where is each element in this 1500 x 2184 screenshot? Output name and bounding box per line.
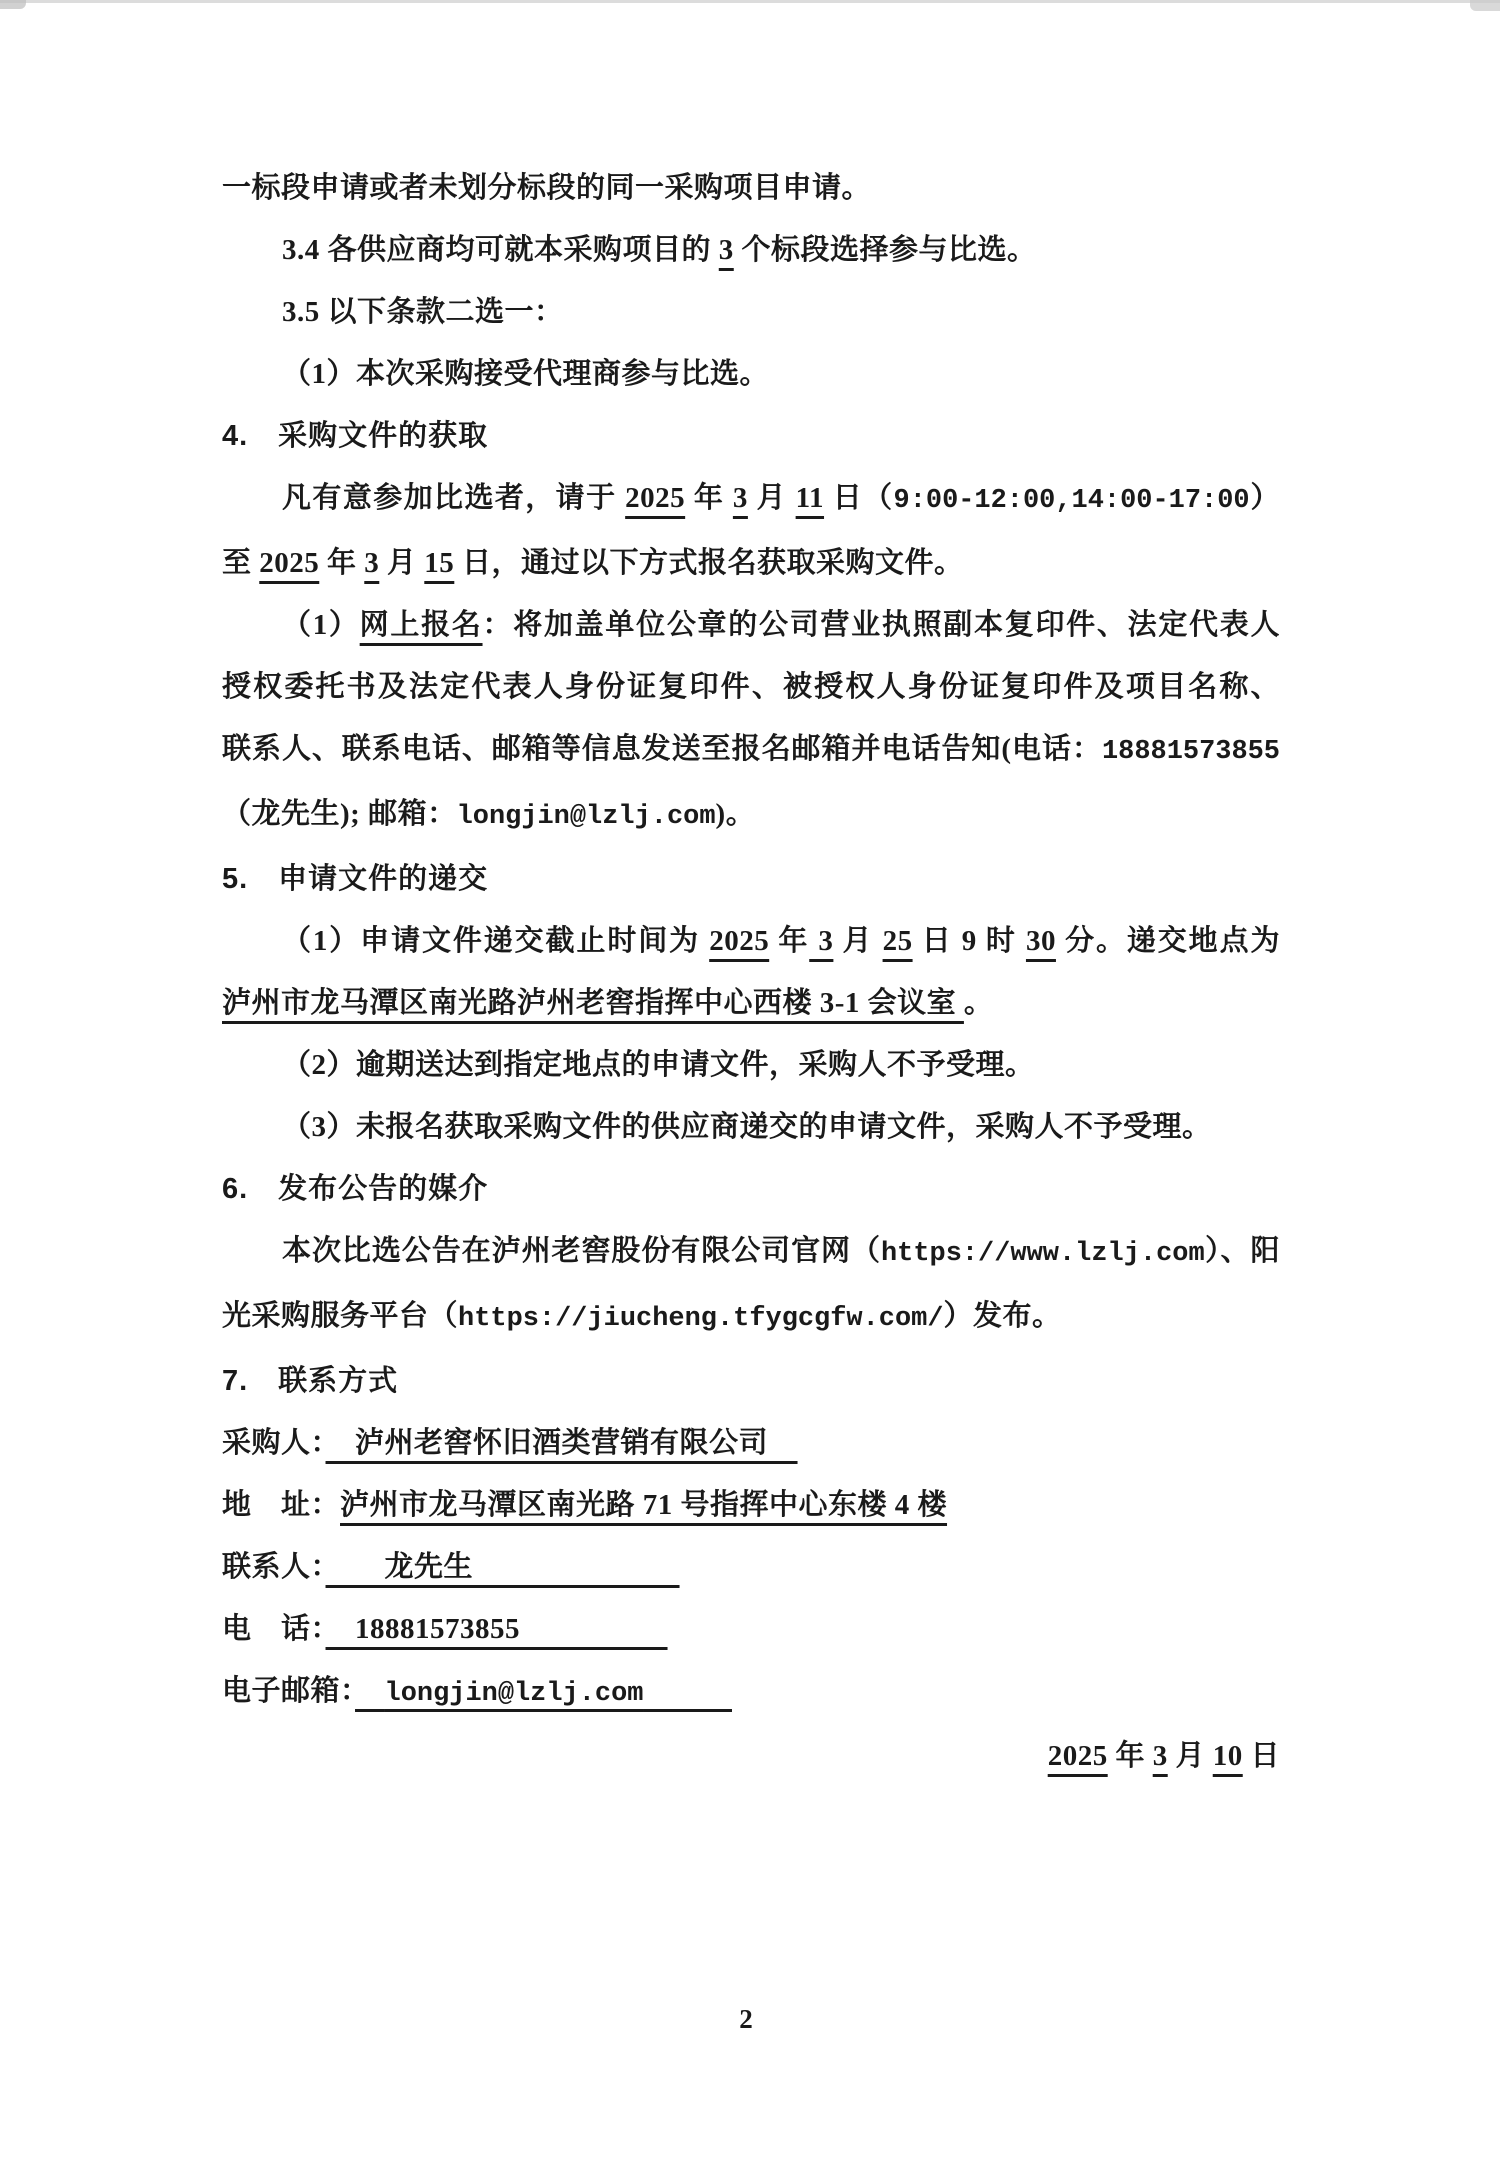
text-segment: 日，通过以下方式报名获取采购文件。 bbox=[454, 547, 963, 579]
clause-3-4: 3.4 各供应商均可就本采购项目的 3 个标段选择参与比选。 bbox=[222, 219, 1280, 281]
section-5-item-2: （2）逾期送达到指定地点的申请文件，采购人不予受理。 bbox=[222, 1034, 1280, 1096]
text-segment-underlined bbox=[643, 1675, 732, 1707]
text-segment: 电子邮箱： bbox=[222, 1675, 355, 1707]
section-4-para-line-1: 凡有意参加比选者，请于 2025 年 3 月 11 日（9:00-12:00,1… bbox=[222, 467, 1280, 532]
text-segment: ）发布。 bbox=[944, 1300, 1062, 1332]
contact-purchaser: 采购人： 泸州老窖怀旧酒类营销有限公司 bbox=[222, 1412, 1280, 1474]
text-segment: 采购人： bbox=[222, 1427, 326, 1459]
text-segment-underlined: 泸州老窖怀旧酒类营销有限公司 bbox=[326, 1427, 798, 1459]
text-segment-underlined: 2025 bbox=[259, 547, 319, 579]
text-segment-underlined: 3 bbox=[364, 547, 379, 579]
text-segment: 7. 联系方式 bbox=[222, 1365, 398, 1397]
contact-email: 电子邮箱： longjin@lzlj.com bbox=[222, 1660, 1280, 1725]
date-line: 2025 年 3 月 10 日 bbox=[222, 1725, 1280, 1787]
text-segment: （龙先生); 邮箱： bbox=[222, 798, 457, 830]
section-4-para-line-2: 至 2025 年 3 月 15 日，通过以下方式报名获取采购文件。 bbox=[222, 532, 1280, 594]
heading-section-5: 5. 申请文件的递交 bbox=[222, 848, 1280, 910]
contact-phone: 电 话： 18881573855 bbox=[222, 1598, 1280, 1660]
text-segment-underlined: 龙先生 bbox=[326, 1551, 680, 1583]
text-segment: 5. 申请文件的递交 bbox=[222, 863, 488, 895]
text-segment-underlined: 25 bbox=[883, 925, 913, 957]
section-6-para-line-1: 本次比选公告在泸州老窖股份有限公司官网（https://www.lzlj.com… bbox=[222, 1220, 1280, 1285]
clause-3-5: 3.5 以下条款二选一： bbox=[222, 281, 1280, 343]
heading-section-4: 4. 采购文件的获取 bbox=[222, 405, 1280, 467]
text-segment: ） bbox=[1250, 482, 1280, 514]
online-registration-line-2: 授权委托书及法定代表人身份证复印件、被授权人身份证复印件及项目名称、 bbox=[222, 656, 1280, 718]
text-segment: 。 bbox=[964, 987, 994, 1019]
text-segment: 月 bbox=[1168, 1740, 1213, 1772]
text-segment: 地 址： bbox=[222, 1489, 340, 1521]
text-segment-underlined: 10 bbox=[1213, 1740, 1243, 1772]
text-segment: 3.5 以下条款二选一： bbox=[282, 296, 564, 328]
para-lot-application-continuation: 一标段申请或者未划分标段的同一采购项目申请。 bbox=[222, 157, 1280, 219]
heading-section-7: 7. 联系方式 bbox=[222, 1350, 1280, 1412]
text-segment-underlined: 泸州市龙马潭区南光路 71 号指挥中心东楼 4 楼 bbox=[340, 1489, 947, 1521]
scan-corner-artifact-left bbox=[0, 0, 26, 9]
section-5-item-3: （3）未报名获取采购文件的供应商递交的申请文件，采购人不予受理。 bbox=[222, 1096, 1280, 1158]
text-segment-underlined: 11 bbox=[796, 482, 824, 514]
text-segment: 日 9 时 bbox=[913, 925, 1026, 957]
contact-address: 地 址：泸州市龙马潭区南光路 71 号指挥中心东楼 4 楼 bbox=[222, 1474, 1280, 1536]
text-segment-underlined: 30 bbox=[1026, 925, 1056, 957]
online-registration-line-1: （1）网上报名：将加盖单位公章的公司营业执照副本复印件、法定代表人 bbox=[222, 594, 1280, 656]
text-segment: （3）未报名获取采购文件的供应商递交的申请文件，采购人不予受理。 bbox=[282, 1111, 1212, 1143]
text-segment-underlined: 15 bbox=[424, 547, 454, 579]
text-segment-latin: https://jiucheng.tfygcgfw.com/ bbox=[458, 1304, 944, 1334]
scan-edge-artifact bbox=[0, 0, 1500, 3]
text-segment-underlined: 泸州市龙马潭区南光路泸州老窖指挥中心西楼 3-1 会议室 bbox=[222, 987, 964, 1019]
text-segment: 年 bbox=[319, 547, 364, 579]
text-segment: （1）申请文件递交截止时间为 bbox=[282, 925, 709, 957]
text-segment-underlined: 2025 bbox=[709, 925, 769, 957]
text-segment-latin: https://www.lzlj.com bbox=[881, 1239, 1205, 1269]
text-segment: 3.4 各供应商均可就本采购项目的 bbox=[282, 234, 719, 266]
heading-section-6: 6. 发布公告的媒介 bbox=[222, 1158, 1280, 1220]
contact-person: 联系人： 龙先生 bbox=[222, 1536, 1280, 1598]
text-segment: 凡有意参加比选者，请于 bbox=[282, 482, 625, 514]
text-segment: 日（ bbox=[824, 482, 893, 514]
text-segment: 本次比选公告在泸州老窖股份有限公司官网（ bbox=[282, 1235, 881, 1267]
text-segment: （1） bbox=[282, 609, 360, 641]
online-registration-line-3: 联系人、联系电话、邮箱等信息发送至报名邮箱并电话告知(电话：1888157385… bbox=[222, 718, 1280, 783]
text-segment-underlined: 2025 bbox=[625, 482, 685, 514]
text-segment: 联系人： bbox=[222, 1551, 326, 1583]
clause-3-5-item-1: （1）本次采购接受代理商参与比选。 bbox=[222, 343, 1280, 405]
text-segment: 分。递交地点为 bbox=[1056, 925, 1280, 957]
section-5-item-1-line-2: 泸州市龙马潭区南光路泸州老窖指挥中心西楼 3-1 会议室 。 bbox=[222, 972, 1280, 1034]
text-segment: 日 bbox=[1243, 1740, 1280, 1772]
text-segment-underlined: 3 bbox=[1153, 1740, 1168, 1772]
text-segment: 电 话： bbox=[222, 1613, 326, 1645]
online-registration-line-4: （龙先生); 邮箱：longjin@lzlj.com)。 bbox=[222, 783, 1280, 848]
text-segment-latin: 18881573855 bbox=[1102, 737, 1280, 767]
text-segment-latin: 9:00-12:00,14:00-17:00 bbox=[894, 486, 1250, 516]
text-segment: 年 bbox=[685, 482, 733, 514]
text-segment: 月 bbox=[379, 547, 424, 579]
text-segment: 6. 发布公告的媒介 bbox=[222, 1173, 488, 1205]
text-segment-latin: longjin@lzlj.com bbox=[385, 1679, 644, 1709]
text-segment: 一标段申请或者未划分标段的同一采购项目申请。 bbox=[222, 172, 871, 204]
text-segment: 光采购服务平台（ bbox=[222, 1300, 458, 1332]
text-segment: 月 bbox=[748, 482, 796, 514]
text-segment-underlined: 2025 bbox=[1048, 1740, 1108, 1772]
text-segment: （1）本次采购接受代理商参与比选。 bbox=[282, 358, 769, 390]
text-segment: 4. 采购文件的获取 bbox=[222, 420, 488, 452]
text-segment: 月 bbox=[833, 925, 882, 957]
text-segment-underlined: 3 bbox=[719, 234, 734, 266]
text-segment-underlined: 3 bbox=[809, 925, 833, 957]
text-segment: （2）逾期送达到指定地点的申请文件，采购人不予受理。 bbox=[282, 1049, 1035, 1081]
document-content: 一标段申请或者未划分标段的同一采购项目申请。3.4 各供应商均可就本采购项目的 … bbox=[222, 157, 1280, 1787]
text-segment-underlined: 18881573855 bbox=[326, 1613, 668, 1645]
text-segment: 联系人、联系电话、邮箱等信息发送至报名邮箱并电话告知(电话： bbox=[222, 733, 1102, 765]
text-segment-underlined bbox=[355, 1675, 385, 1707]
text-segment: 个标段选择参与比选。 bbox=[734, 234, 1037, 266]
document-page: 一标段申请或者未划分标段的同一采购项目申请。3.4 各供应商均可就本采购项目的 … bbox=[0, 0, 1500, 2184]
text-segment: 年 bbox=[1108, 1740, 1153, 1772]
text-segment: 授权委托书及法定代表人身份证复印件、被授权人身份证复印件及项目名称、 bbox=[222, 671, 1280, 703]
text-segment: 至 bbox=[222, 547, 259, 579]
text-segment: )。 bbox=[716, 798, 756, 830]
text-segment: ：将加盖单位公章的公司营业执照副本复印件、法定代表人 bbox=[483, 609, 1280, 641]
page-number: 2 bbox=[0, 2004, 1492, 2035]
section-6-para-line-2: 光采购服务平台（https://jiucheng.tfygcgfw.com/）发… bbox=[222, 1285, 1280, 1350]
text-segment-latin: longjin@lzlj.com bbox=[457, 802, 716, 832]
section-5-item-1-line-1: （1）申请文件递交截止时间为 2025 年 3 月 25 日 9 时 30 分。… bbox=[222, 910, 1280, 972]
scan-corner-artifact-right bbox=[1470, 0, 1500, 11]
text-segment: 年 bbox=[769, 925, 809, 957]
text-segment-underlined: 3 bbox=[733, 482, 748, 514]
text-segment: ）、阳 bbox=[1205, 1235, 1280, 1267]
text-segment-underlined: 网上报名 bbox=[360, 609, 483, 641]
